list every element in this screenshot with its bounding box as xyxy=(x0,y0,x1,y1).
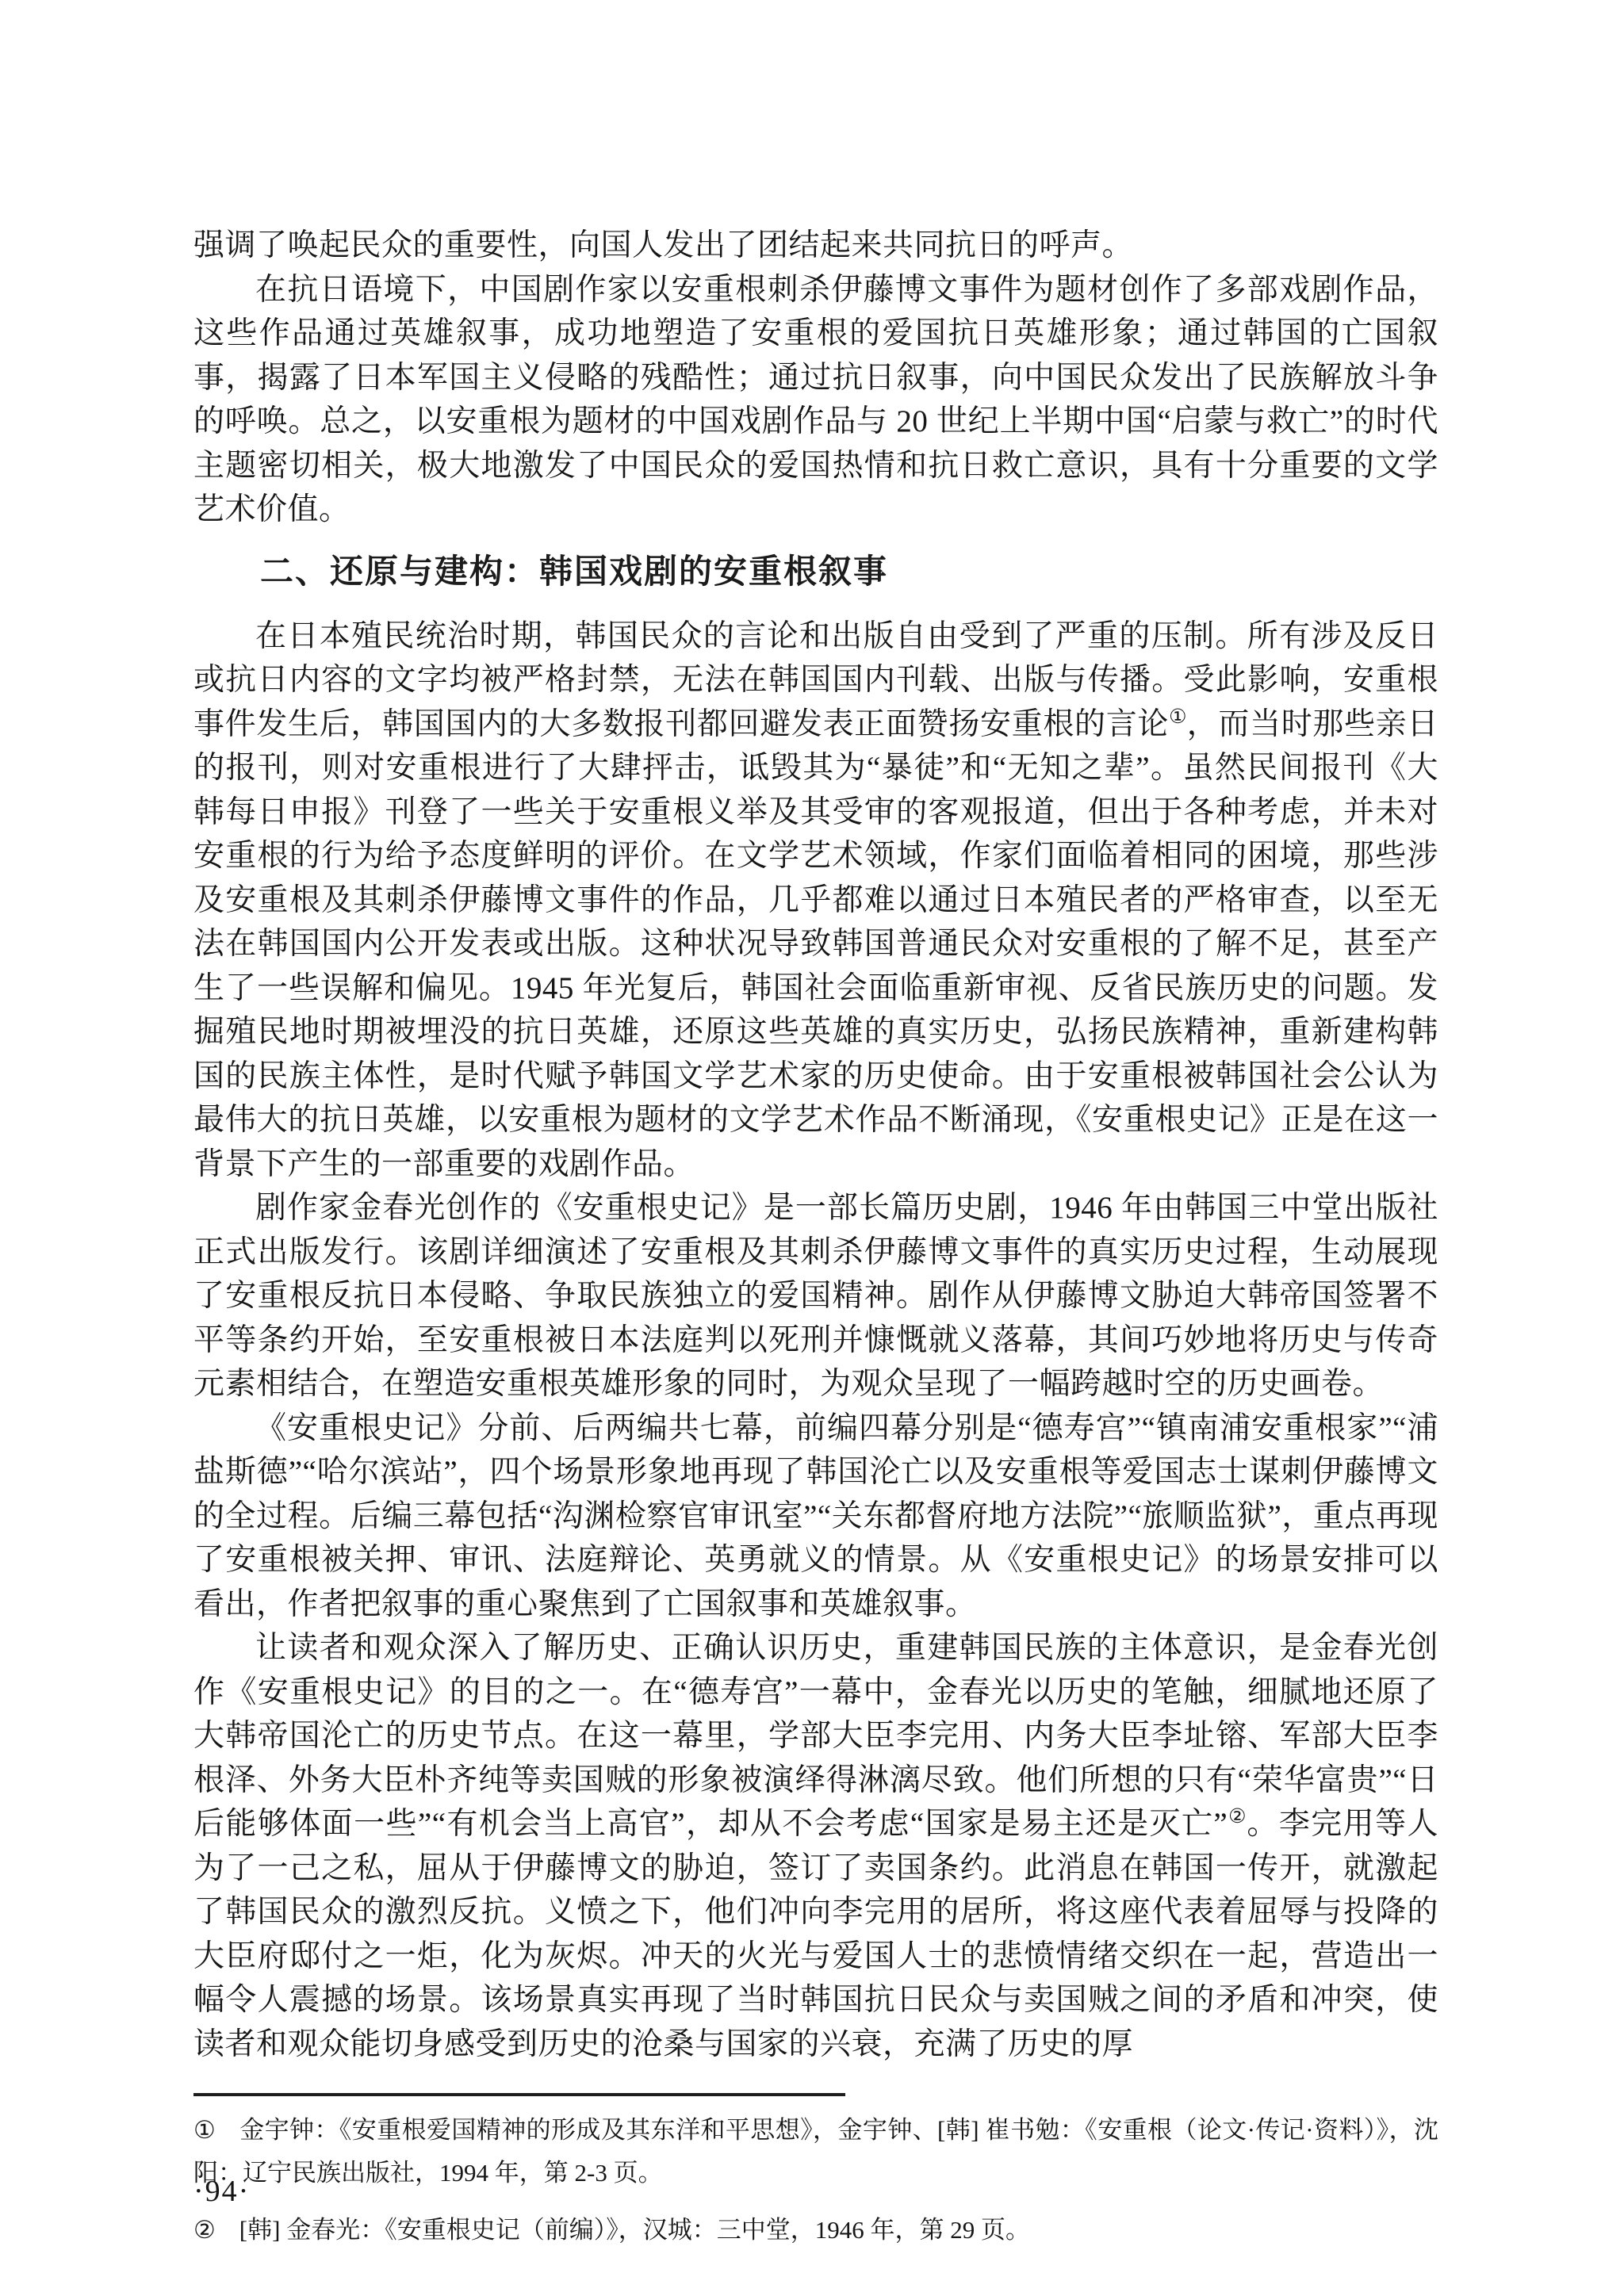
page-content: 强调了唤起民众的重要性，向国人发出了团结起来共同抗日的呼声。 在抗日语境下，中国… xyxy=(193,224,1438,2266)
footnotes: ①金宇钟：《安重根爱国精神的形成及其东洋和平思想》，金宇钟、[韩] 崔书勉：《安… xyxy=(193,2109,1438,2252)
footnote-1-text: 金宇钟：《安重根爱国精神的形成及其东洋和平思想》，金宇钟、[韩] 崔书勉：《安重… xyxy=(193,2116,1438,2187)
footnote-separator xyxy=(193,2093,845,2096)
footnote-2-marker: ② xyxy=(193,2216,216,2244)
footnote-1-marker: ① xyxy=(193,2116,216,2144)
paragraph-text-after-note: 。李完用等人为了一己之私，屈从于伊藤博文的胁迫，签订了卖国条约。此消息在韩国一传… xyxy=(193,1807,1438,2061)
document-page: { "page": { "number": "·94·" }, "content… xyxy=(0,0,1624,2296)
section-heading: 二、还原与建构：韩国戏剧的安重根叙事 xyxy=(260,548,1438,595)
paragraph-play-structure: 《安重根史记》分前、后两编共七幕，前编四幕分别是“德寿宫”“镇南浦安重根家”“浦… xyxy=(193,1406,1438,1627)
paragraph-deoksugung-scene: 让读者和观众深入了解历史、正确认识历史，重建韩国民族的主体意识，是金春光创作《安… xyxy=(193,1626,1438,2066)
footnote-ref-1: ① xyxy=(1169,706,1187,728)
paragraph-colonial-era: 在日本殖民统治时期，韩国民众的言论和出版自由受到了严重的压制。所有涉及反日或抗日… xyxy=(193,614,1438,1187)
page-number: ·94· xyxy=(193,2174,250,2209)
paragraph-china-drama: 在抗日语境下，中国剧作家以安重根刺杀伊藤博文事件为题材创作了多部戏剧作品，这些作… xyxy=(193,268,1438,532)
paragraph-text-after-note: ，而当时那些亲日的报刊，则对安重根进行了大肆抨击，诋毁其为“暴徒”和“无知之辈”… xyxy=(193,707,1438,1181)
paragraph-continuation: 强调了唤起民众的重要性，向国人发出了团结起来共同抗日的呼声。 xyxy=(193,224,1438,268)
footnote-2-text: [韩] 金春光：《安重根史记（前编）》，汉城：三中堂，1946 年，第 29 页… xyxy=(239,2216,1030,2244)
footnote-1: ①金宇钟：《安重根爱国精神的形成及其东洋和平思想》，金宇钟、[韩] 崔书勉：《安… xyxy=(193,2109,1438,2195)
footnote-ref-2: ② xyxy=(1228,1806,1247,1827)
footnote-2: ②[韩] 金春光：《安重根史记（前编）》，汉城：三中堂，1946 年，第 29 … xyxy=(193,2209,1438,2252)
paragraph-playwright: 剧作家金春光创作的《安重根史记》是一部长篇历史剧，1946 年由韩国三中堂出版社… xyxy=(193,1186,1438,1406)
